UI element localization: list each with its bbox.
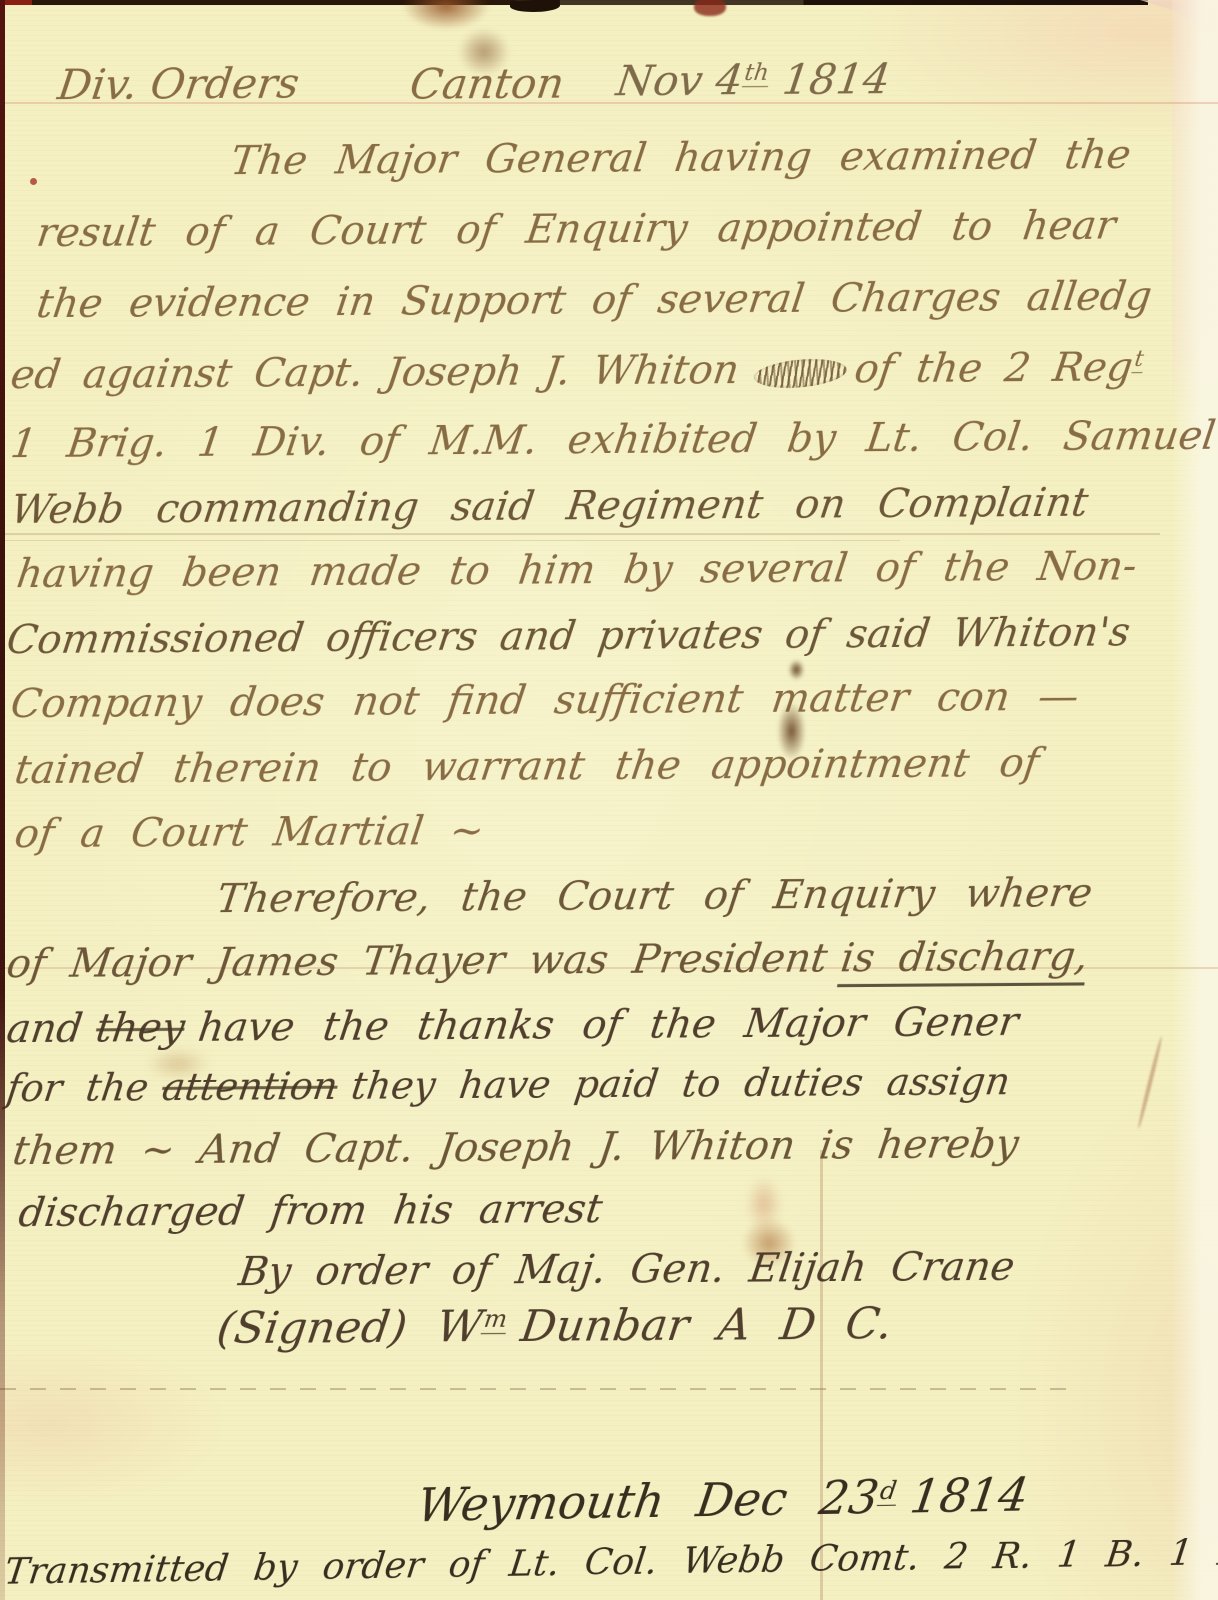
place-label: Canton bbox=[407, 58, 567, 108]
handwritten-line: Webb commanding said Regiment on Complai… bbox=[8, 479, 1091, 533]
torn-corner-top-right bbox=[1118, 0, 1218, 42]
handwritten-line: result of a Court of Enquiry appointed t… bbox=[34, 202, 1119, 256]
handwritten-line: andtheyhave the thanks of the Major Gene… bbox=[4, 999, 1021, 1052]
ink-scribble bbox=[753, 356, 847, 391]
handwritten-line: Company does not find sufficient matter … bbox=[8, 674, 1082, 727]
handwritten-line: for theattentionthey have paid to duties… bbox=[4, 1059, 1013, 1110]
handwritten-line: having been made to him by several of th… bbox=[14, 543, 1140, 597]
paper-edge-right bbox=[1172, 0, 1218, 1600]
handwritten-line: ed against Capt. Joseph J. Whitonof the … bbox=[8, 344, 1147, 398]
heading-line: Div. Orders Canton Nov 4th1814 bbox=[55, 52, 1163, 109]
handwritten-line: 1 Brig. 1 Div. of M.M. exhibited by Lt. … bbox=[8, 413, 1218, 467]
fold-crease bbox=[0, 540, 900, 541]
scan-edge-top bbox=[0, 0, 1148, 5]
handwritten-line: discharged from his arrest bbox=[16, 1186, 605, 1236]
fold-crease-vertical bbox=[820, 1150, 823, 1600]
handwritten-line: The Major General having examined the bbox=[228, 132, 1134, 184]
handwritten-line: Therefore, the Court of Enquiry where bbox=[214, 870, 1095, 922]
signature-line: (Signed) WmDunbar A D C. bbox=[214, 1298, 895, 1354]
docket-transmittal-line: Transmitted by order of Lt. Col. Webb Co… bbox=[2, 1532, 1218, 1593]
red-dot bbox=[30, 178, 37, 185]
scan-edge-left bbox=[0, 0, 5, 1600]
order-authority-line: By order of Maj. Gen. Elijah Crane bbox=[236, 1244, 1017, 1295]
struck-word: they bbox=[93, 1005, 187, 1052]
handwritten-line: tained therein to warrant the appointmen… bbox=[12, 740, 1042, 793]
handwritten-line: Commissioned officers and privates of sa… bbox=[4, 609, 1133, 663]
fold-crease bbox=[0, 533, 1160, 535]
handwritten-line: of a Court Martial ~ bbox=[12, 808, 487, 857]
handwritten-line: the evidence in Support of several Charg… bbox=[34, 273, 1155, 327]
date-label: Nov 4th1814 bbox=[614, 54, 894, 105]
underlined-text: is discharg, bbox=[837, 933, 1091, 987]
handwritten-line: them ~ And Capt. Joseph J. Whiton is her… bbox=[10, 1121, 1022, 1174]
scanned-letter-page: Div. Orders Canton Nov 4th1814 The Major… bbox=[0, 0, 1218, 1600]
fold-crease-dashed bbox=[0, 1388, 1070, 1390]
struck-word: attention bbox=[160, 1064, 341, 1109]
faint-stain bbox=[746, 1176, 782, 1232]
docket-date-line: Weymouth Dec 23d1814 bbox=[414, 1467, 1032, 1532]
handwritten-line: of Major James Thayer was Presidentis di… bbox=[4, 933, 1091, 987]
order-type-label: Div. Orders bbox=[55, 58, 302, 109]
crease-mark bbox=[1137, 1036, 1164, 1129]
